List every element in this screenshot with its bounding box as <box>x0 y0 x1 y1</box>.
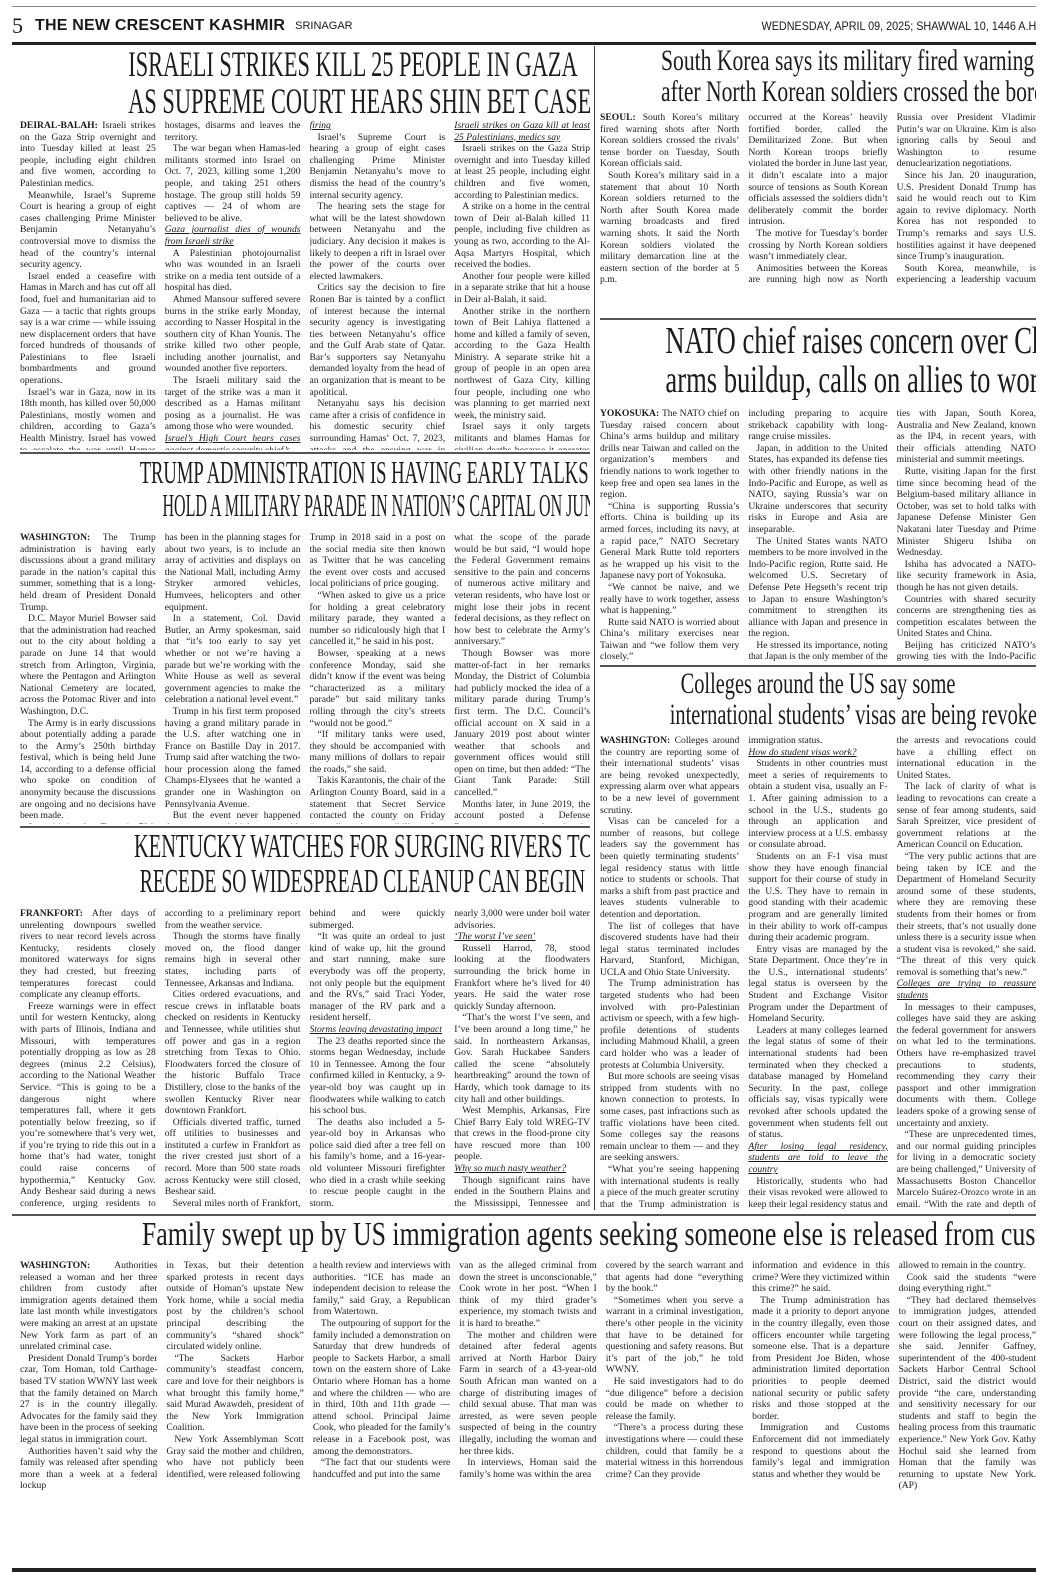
article-column: allowed to remain in the country.Cook sa… <box>899 1260 1036 1564</box>
paragraph: But more schools are seeing visas stripp… <box>600 1071 739 1164</box>
paragraph: Meanwhile, Israel’s Supreme Court is hea… <box>20 190 156 271</box>
paragraph: Beijing has criticized NATO’s growing ti… <box>897 640 1036 662</box>
article-column: has been in the planning stages for abou… <box>165 532 301 824</box>
paragraph: “The very public actions that are being … <box>897 851 1036 979</box>
paragraph: “These are unprecedented times, and our … <box>897 1129 1036 1210</box>
paragraph: Several miles north of Frankfort, RVs we… <box>165 1198 301 1210</box>
paragraph: South Korea, meanwhile, is experiencing … <box>897 263 1036 284</box>
paragraph: Israel ended a ceasefire with Hamas in M… <box>20 271 156 387</box>
article-column: including preparing to acquire strikebac… <box>748 408 887 662</box>
paragraph: Countries with shared security concerns … <box>897 594 1036 640</box>
headline: South Korea says its military fired warn… <box>600 46 1036 110</box>
city: SRINAGAR <box>295 20 352 32</box>
article-column: van as the alleged criminal from down th… <box>459 1260 596 1564</box>
paragraph: “The fact that our students were handcuf… <box>313 1457 450 1480</box>
subheading: How do student visas work? <box>748 747 887 759</box>
subheading: ‘The worst I’ve seen’ <box>454 931 590 943</box>
paragraph: New York Assemblyman Scott Gray said the… <box>166 1434 303 1480</box>
paragraph: Students in other countries must meet a … <box>748 758 887 851</box>
paragraph: behind and were quickly submerged. <box>310 908 446 931</box>
paragraph: van as the alleged criminal from down th… <box>459 1260 596 1330</box>
paragraph: has been in the planning stages for abou… <box>165 532 301 613</box>
paragraph: The war began when Hamas-led militants s… <box>165 143 301 224</box>
paragraph: Cities ordered evacuations, and rescue c… <box>165 989 301 1117</box>
section-rule <box>20 452 590 454</box>
paragraph: Months later, in June 2019, the account … <box>454 799 590 824</box>
subheading: After losing legal residency, students a… <box>748 1141 887 1176</box>
paragraph: The outpouring of support for the family… <box>313 1318 450 1457</box>
paragraph: The lack of clarity of what is leading t… <box>897 781 1036 851</box>
headline: TRUMP ADMINISTRATION IS HAVING EARLY TAL… <box>20 456 590 530</box>
paragraph: including preparing to acquire strikebac… <box>748 408 887 443</box>
paragraph: Ahmed Mansour suffered severe burns in t… <box>165 294 301 375</box>
paragraph: Another strike in the northern town of B… <box>454 306 590 422</box>
paragraph: WASHINGTON: The Trump administration is … <box>20 532 156 613</box>
story-kentucky: KENTUCKY WATCHES FOR SURGING RIVERS TO R… <box>20 830 590 1210</box>
paragraph: Takis Karantonis, the chair of the Arlin… <box>310 775 446 824</box>
paragraph: He said investigators had to do “due dil… <box>606 1376 743 1422</box>
dateline: DEIRAL-BALAH: <box>20 120 102 131</box>
subheading: Colleges are trying to reassure students <box>897 978 1036 1001</box>
paragraph: in Texas, but their detention sparked pr… <box>166 1260 303 1353</box>
article-column: YOKOSUKA: The NATO chief on Tuesday rais… <box>600 408 739 662</box>
paragraph: Russia over President Vladimir Putin’s w… <box>897 112 1036 170</box>
paragraph: But the event never happened due to expe… <box>165 810 301 824</box>
article-column: hostages, disarms and leaves the territo… <box>165 120 301 450</box>
subheading: Why so much nasty weather? <box>454 1163 590 1175</box>
paragraph: The Trump administration has targeted st… <box>600 978 739 1071</box>
paragraph: Another four people were killed in a sep… <box>454 271 590 306</box>
story-colleges: Colleges around the US say some internat… <box>600 669 1036 1210</box>
paragraph: The United States wants NATO members to … <box>748 536 887 640</box>
story-korea: South Korea says its military fired warn… <box>600 46 1036 284</box>
article-columns: DEIRAL-BALAH: Israeli strikes on the Gaz… <box>20 120 590 450</box>
paragraph: “The Sackets Harbor community’s steadfas… <box>166 1353 303 1434</box>
paragraph: “It was quite an ordeal to just kind of … <box>310 931 446 1024</box>
dateline: SEOUL: <box>600 112 643 123</box>
paragraph: “Sometimes when you serve a warrant in a… <box>606 1295 743 1376</box>
paragraph: South Korea’s military said in a stateme… <box>600 170 739 284</box>
article-columns: WASHINGTON: The Trump administration is … <box>20 532 590 824</box>
dateline: WASHINGTON: <box>20 532 103 543</box>
paragraph: the arrests and revocations could have a… <box>897 735 1036 781</box>
article-columns: WASHINGTON: Colleges around the country … <box>600 735 1036 1210</box>
column-divider <box>594 46 595 1210</box>
paragraph: The 23 deaths reported since the storms … <box>310 1036 446 1117</box>
paragraph: Trump in his first term proposed having … <box>165 706 301 810</box>
paragraph: allowed to remain in the country. <box>899 1260 1036 1272</box>
article-column: information and evidence in this crime? … <box>752 1260 889 1564</box>
section-rule <box>600 318 1036 320</box>
paragraph: “If military tanks were used, they shoul… <box>310 729 446 775</box>
paragraph: The Army is in early discussions about p… <box>20 718 156 822</box>
paragraph: A Palestinian photojournalist who was wo… <box>165 248 301 294</box>
paragraph: Authorities haven’t said why the family … <box>20 1446 157 1492</box>
article-column: Trump in 2018 said in a post on the soci… <box>310 532 446 824</box>
article-column: covered by the search warrant and that a… <box>606 1260 743 1564</box>
paragraph: FRANKFORT: After days of unrelenting dow… <box>20 908 156 1001</box>
article-column: ties with Japan, South Korea, Australia … <box>897 408 1036 662</box>
article-column: DEIRAL-BALAH: Israeli strikes on the Gaz… <box>20 120 156 450</box>
issue-date: WEDNESDAY, APRIL 09, 2025; SHAWWAL 10, 1… <box>761 19 1036 33</box>
dateline: YOKOSUKA: <box>600 408 662 419</box>
story-gaza: ISRAELI STRIKES KILL 25 PEOPLE IN GAZA A… <box>20 46 590 450</box>
headline: Family swept up by US immigration agents… <box>20 1218 1036 1258</box>
paragraph: Though Bowser was more matter-of-fact in… <box>454 648 590 799</box>
paragraph: Rutte, visiting Japan for the first time… <box>897 466 1036 559</box>
subheading: Gaza journalist dies of wounds from Isra… <box>165 224 301 247</box>
paragraph: The Israeli military said the target of … <box>165 375 301 433</box>
dateline: WASHINGTON: <box>600 735 675 746</box>
paragraph: what the scope of the parade would be bu… <box>454 532 590 648</box>
paragraph: WASHINGTON: Colleges around the country … <box>600 735 739 816</box>
paragraph: Rutte said NATO is worried about China’s… <box>600 617 739 662</box>
masthead: 5 THE NEW CRESCENT KASHMIR SRINAGAR WEDN… <box>12 12 1036 40</box>
paragraph: Netanyahu says his decision came after a… <box>310 398 446 450</box>
page-bottom-rule <box>12 1568 1036 1572</box>
paragraph: nearly 3,000 were under boil water advis… <box>454 908 590 931</box>
paper-name: THE NEW CRESCENT KASHMIR <box>35 17 285 35</box>
page-number: 5 <box>12 13 23 39</box>
paragraph: A strike on a home in the central town o… <box>454 201 590 271</box>
paragraph: according to a preliminary report from t… <box>165 908 301 931</box>
headline: ISRAELI STRIKES KILL 25 PEOPLE IN GAZA A… <box>20 46 590 118</box>
subheading: firing <box>310 120 446 132</box>
paragraph: Trump in 2018 said in a post on the soci… <box>310 532 446 590</box>
article-columns: WASHINGTON: Authorities released a woman… <box>20 1260 1036 1564</box>
article-columns: SEOUL: South Korea’s military fired warn… <box>600 112 1036 284</box>
paragraph: The deaths also included a 5-year-old bo… <box>310 1117 446 1210</box>
paragraph: D.C. Mayor Muriel Bowser said that the a… <box>20 613 156 717</box>
paragraph: occurred at the Koreas’ heavily fortifie… <box>748 112 887 228</box>
paragraph: Historically, students who had their vis… <box>748 1176 887 1210</box>
paragraph: “China is supporting Russia’s efforts. C… <box>600 501 739 582</box>
paragraph: “When asked to give us a price for holdi… <box>310 590 446 648</box>
article-columns: YOKOSUKA: The NATO chief on Tuesday rais… <box>600 408 1036 662</box>
article-column: in Texas, but their detention sparked pr… <box>166 1260 303 1564</box>
paragraph: Israel’s Supreme Court is hearing a grou… <box>310 132 446 202</box>
article-column: firingIsrael’s Supreme Court is hearing … <box>310 120 446 450</box>
paragraph: June 14 is also Trump’s 79th birthday. T… <box>20 822 156 824</box>
paragraph: “That’s the worst I’ve seen, and I’ve be… <box>454 1012 590 1105</box>
paragraph: Visas can be canceled for a number of re… <box>600 816 739 920</box>
masthead-rule <box>12 42 1036 45</box>
article-column: immigration status.How do student visas … <box>748 735 887 1210</box>
paragraph: Bowser, speaking at a news conference Mo… <box>310 648 446 729</box>
article-column: the arrests and revocations could have a… <box>897 735 1036 1210</box>
paragraph: Japan, in addition to the United States,… <box>748 443 887 536</box>
paragraph: In messages to their campuses, colleges … <box>897 1002 1036 1130</box>
headline: Colleges around the US say some internat… <box>600 669 1036 733</box>
paragraph: Entry visas are managed by the State Dep… <box>748 944 887 1025</box>
paragraph: Critics say the decision to fire Ronen B… <box>310 282 446 398</box>
article-column: Russia over President Vladimir Putin’s w… <box>897 112 1036 284</box>
paragraph: The mother and children were detained af… <box>459 1330 596 1458</box>
paragraph: In a statement, Col. David Butler, an Ar… <box>165 613 301 706</box>
headline: KENTUCKY WATCHES FOR SURGING RIVERS TO R… <box>20 830 590 906</box>
article-column: what the scope of the parade would be bu… <box>454 532 590 824</box>
article-column: FRANKFORT: After days of unrelenting dow… <box>20 908 156 1210</box>
article-column: SEOUL: South Korea’s military fired warn… <box>600 112 739 284</box>
article-column: Israeli strikes on Gaza kill at least 25… <box>454 120 590 450</box>
paragraph: information and evidence in this crime? … <box>752 1260 889 1295</box>
paragraph: immigration status. <box>748 735 887 747</box>
paragraph: The Trump administration has made it a p… <box>752 1295 889 1423</box>
article-column: WASHINGTON: The Trump administration is … <box>20 532 156 824</box>
paragraph: covered by the search warrant and that a… <box>606 1260 743 1295</box>
paragraph: “They had declared themselves to immigra… <box>899 1295 1036 1492</box>
paragraph: “There’s a process during these investig… <box>606 1422 743 1480</box>
article-column: behind and were quickly submerged.“It wa… <box>310 908 446 1210</box>
paragraph: The Kentucky River crested at Frankfort … <box>310 1209 446 1210</box>
paragraph: a health review and interviews with auth… <box>313 1260 450 1318</box>
article-column: WASHINGTON: Colleges around the country … <box>600 735 739 1210</box>
paragraph: Israeli strikes on the Gaza Strip overni… <box>454 143 590 201</box>
headline: NATO chief raises concern over China’s a… <box>600 322 1036 406</box>
subheading: Storms leaving devastating impact <box>310 1024 446 1036</box>
paragraph: He stressed its importance, noting that … <box>748 640 887 662</box>
paragraph: Animosities between the Koreas are runni… <box>748 263 887 284</box>
dateline: WASHINGTON: <box>20 1260 114 1271</box>
paragraph: Though the storms have finally moved on,… <box>165 931 301 989</box>
paragraph: The motive for Tuesday’s border crossing… <box>748 228 887 263</box>
article-column: occurred at the Koreas’ heavily fortifie… <box>748 112 887 284</box>
paragraph: ties with Japan, South Korea, Australia … <box>897 408 1036 466</box>
section-rule <box>20 826 590 828</box>
paragraph: “We cannot be naive, and we really have … <box>600 582 739 617</box>
top-rule <box>12 6 1036 7</box>
paragraph: Immigration and Customs Enforcement did … <box>752 1422 889 1480</box>
paragraph: SEOUL: South Korea’s military fired warn… <box>600 112 739 170</box>
article-column: nearly 3,000 were under boil water advis… <box>454 908 590 1210</box>
paragraph: Russell Harrod, 78, stood looking at the… <box>454 943 590 1013</box>
paragraph: Students on an F-1 visa must show they h… <box>748 851 887 944</box>
article-column: according to a preliminary report from t… <box>165 908 301 1210</box>
paragraph: Ishiba has advocated a NATO-like securit… <box>897 559 1036 594</box>
story-family: Family swept up by US immigration agents… <box>20 1218 1036 1564</box>
paragraph: hostages, disarms and leaves the territo… <box>165 120 301 143</box>
paragraph: YOKOSUKA: The NATO chief on Tuesday rais… <box>600 408 739 501</box>
paragraph: Israel’s war in Gaza, now in its 18th mo… <box>20 387 156 450</box>
article-column: a health review and interviews with auth… <box>313 1260 450 1564</box>
paragraph: The hearing sets the stage for what will… <box>310 201 446 282</box>
paragraph: WASHINGTON: Authorities released a woman… <box>20 1260 157 1353</box>
subheading: Israeli strikes on Gaza kill at least 25… <box>454 120 590 143</box>
paragraph: President Donald Trump’s border czar, To… <box>20 1353 157 1446</box>
paragraph: Leaders at many colleges learned the leg… <box>748 1025 887 1141</box>
paragraph: DEIRAL-BALAH: Israeli strikes on the Gaz… <box>20 120 156 190</box>
subheading: Israel’s High Court hears cases against … <box>165 433 301 450</box>
paragraph: “What you’re seeing happening with inter… <box>600 1164 739 1210</box>
article-column: WASHINGTON: Authorities released a woman… <box>20 1260 157 1564</box>
section-rule <box>600 665 1036 667</box>
story-nato: NATO chief raises concern over China’s a… <box>600 322 1036 662</box>
paragraph: In interviews, Homan said the family’s h… <box>459 1457 596 1480</box>
section-rule <box>12 1214 1036 1216</box>
dateline: FRANKFORT: <box>20 908 92 919</box>
paragraph: West Memphis, Arkansas, Fire Chief Barry… <box>454 1105 590 1163</box>
paragraph: Cook said the students “were doing every… <box>899 1272 1036 1295</box>
story-parade: TRUMP ADMINISTRATION IS HAVING EARLY TAL… <box>20 456 590 824</box>
article-columns: FRANKFORT: After days of unrelenting dow… <box>20 908 590 1210</box>
paragraph: Though significant rains have ended in t… <box>454 1175 590 1210</box>
paragraph: Since his Jan. 20 inauguration, U.S. Pre… <box>897 170 1036 263</box>
paragraph: Freeze warnings were in effect until for… <box>20 1001 156 1210</box>
paragraph: Israel says it only targets militants an… <box>454 421 590 450</box>
paragraph: The list of colleges that have discovere… <box>600 921 739 979</box>
paragraph: Officials diverted traffic, turned off u… <box>165 1117 301 1198</box>
